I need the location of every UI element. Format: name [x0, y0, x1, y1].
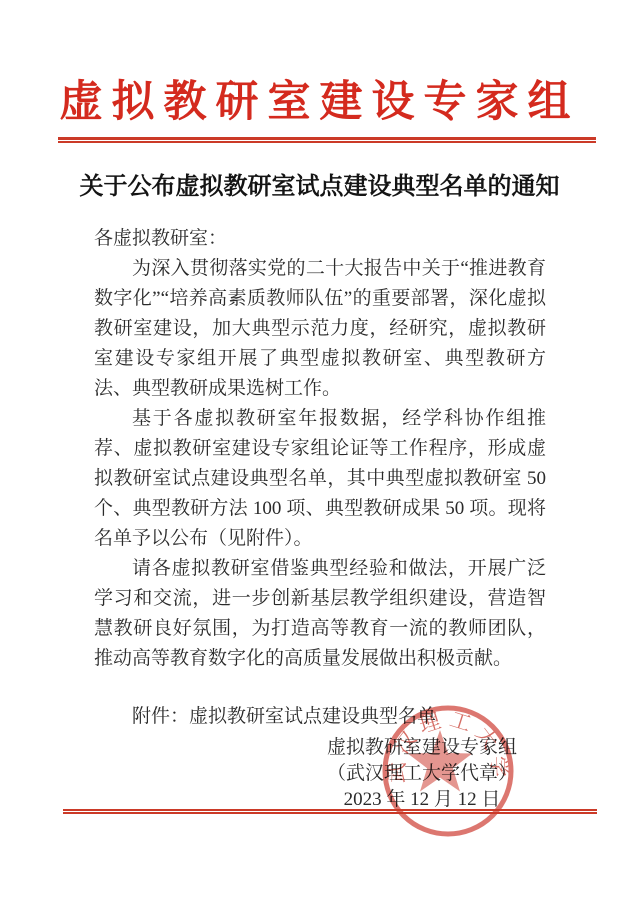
signature-block: 虚拟教研室建设专家组 （武汉理工大学代章） 2023 年 12 月 12 日 [327, 735, 517, 813]
salutation-line: 各虚拟教研室： [94, 224, 546, 254]
letterhead-org-title: 虚拟教研室建设专家组 [0, 68, 639, 129]
document-body: 各虚拟教研室： 为深入贯彻落实党的二十大报告中关于“推进教育数字化”“培养高素质… [94, 224, 546, 732]
body-paragraph-2: 基于各虚拟教研室年报数据，经学科协作组推荐、虚拟教研室建设专家组论证等工作程序，… [94, 404, 546, 554]
footer-divider-rule [63, 809, 597, 814]
notice-document-page: 虚拟教研室建设专家组 关于公布虚拟教研室试点建设典型名单的通知 各虚拟教研室： … [0, 0, 639, 903]
attachment-line: 附件：虚拟教研室试点建设典型名单 [94, 702, 546, 732]
letterhead-divider-rule [58, 137, 596, 143]
body-paragraph-1: 为深入贯彻落实党的二十大报告中关于“推进教育数字化”“培养高素质教师队伍”的重要… [94, 254, 546, 404]
signature-seal-note-line: （武汉理工大学代章） [327, 761, 517, 787]
body-paragraph-3: 请各虚拟教研室借鉴典型经验和做法，开展广泛学习和交流，进一步创新基层教学组织建设… [94, 554, 546, 674]
document-title: 关于公布虚拟教研室试点建设典型名单的通知 [0, 166, 639, 201]
signature-org-line: 虚拟教研室建设专家组 [327, 735, 517, 761]
